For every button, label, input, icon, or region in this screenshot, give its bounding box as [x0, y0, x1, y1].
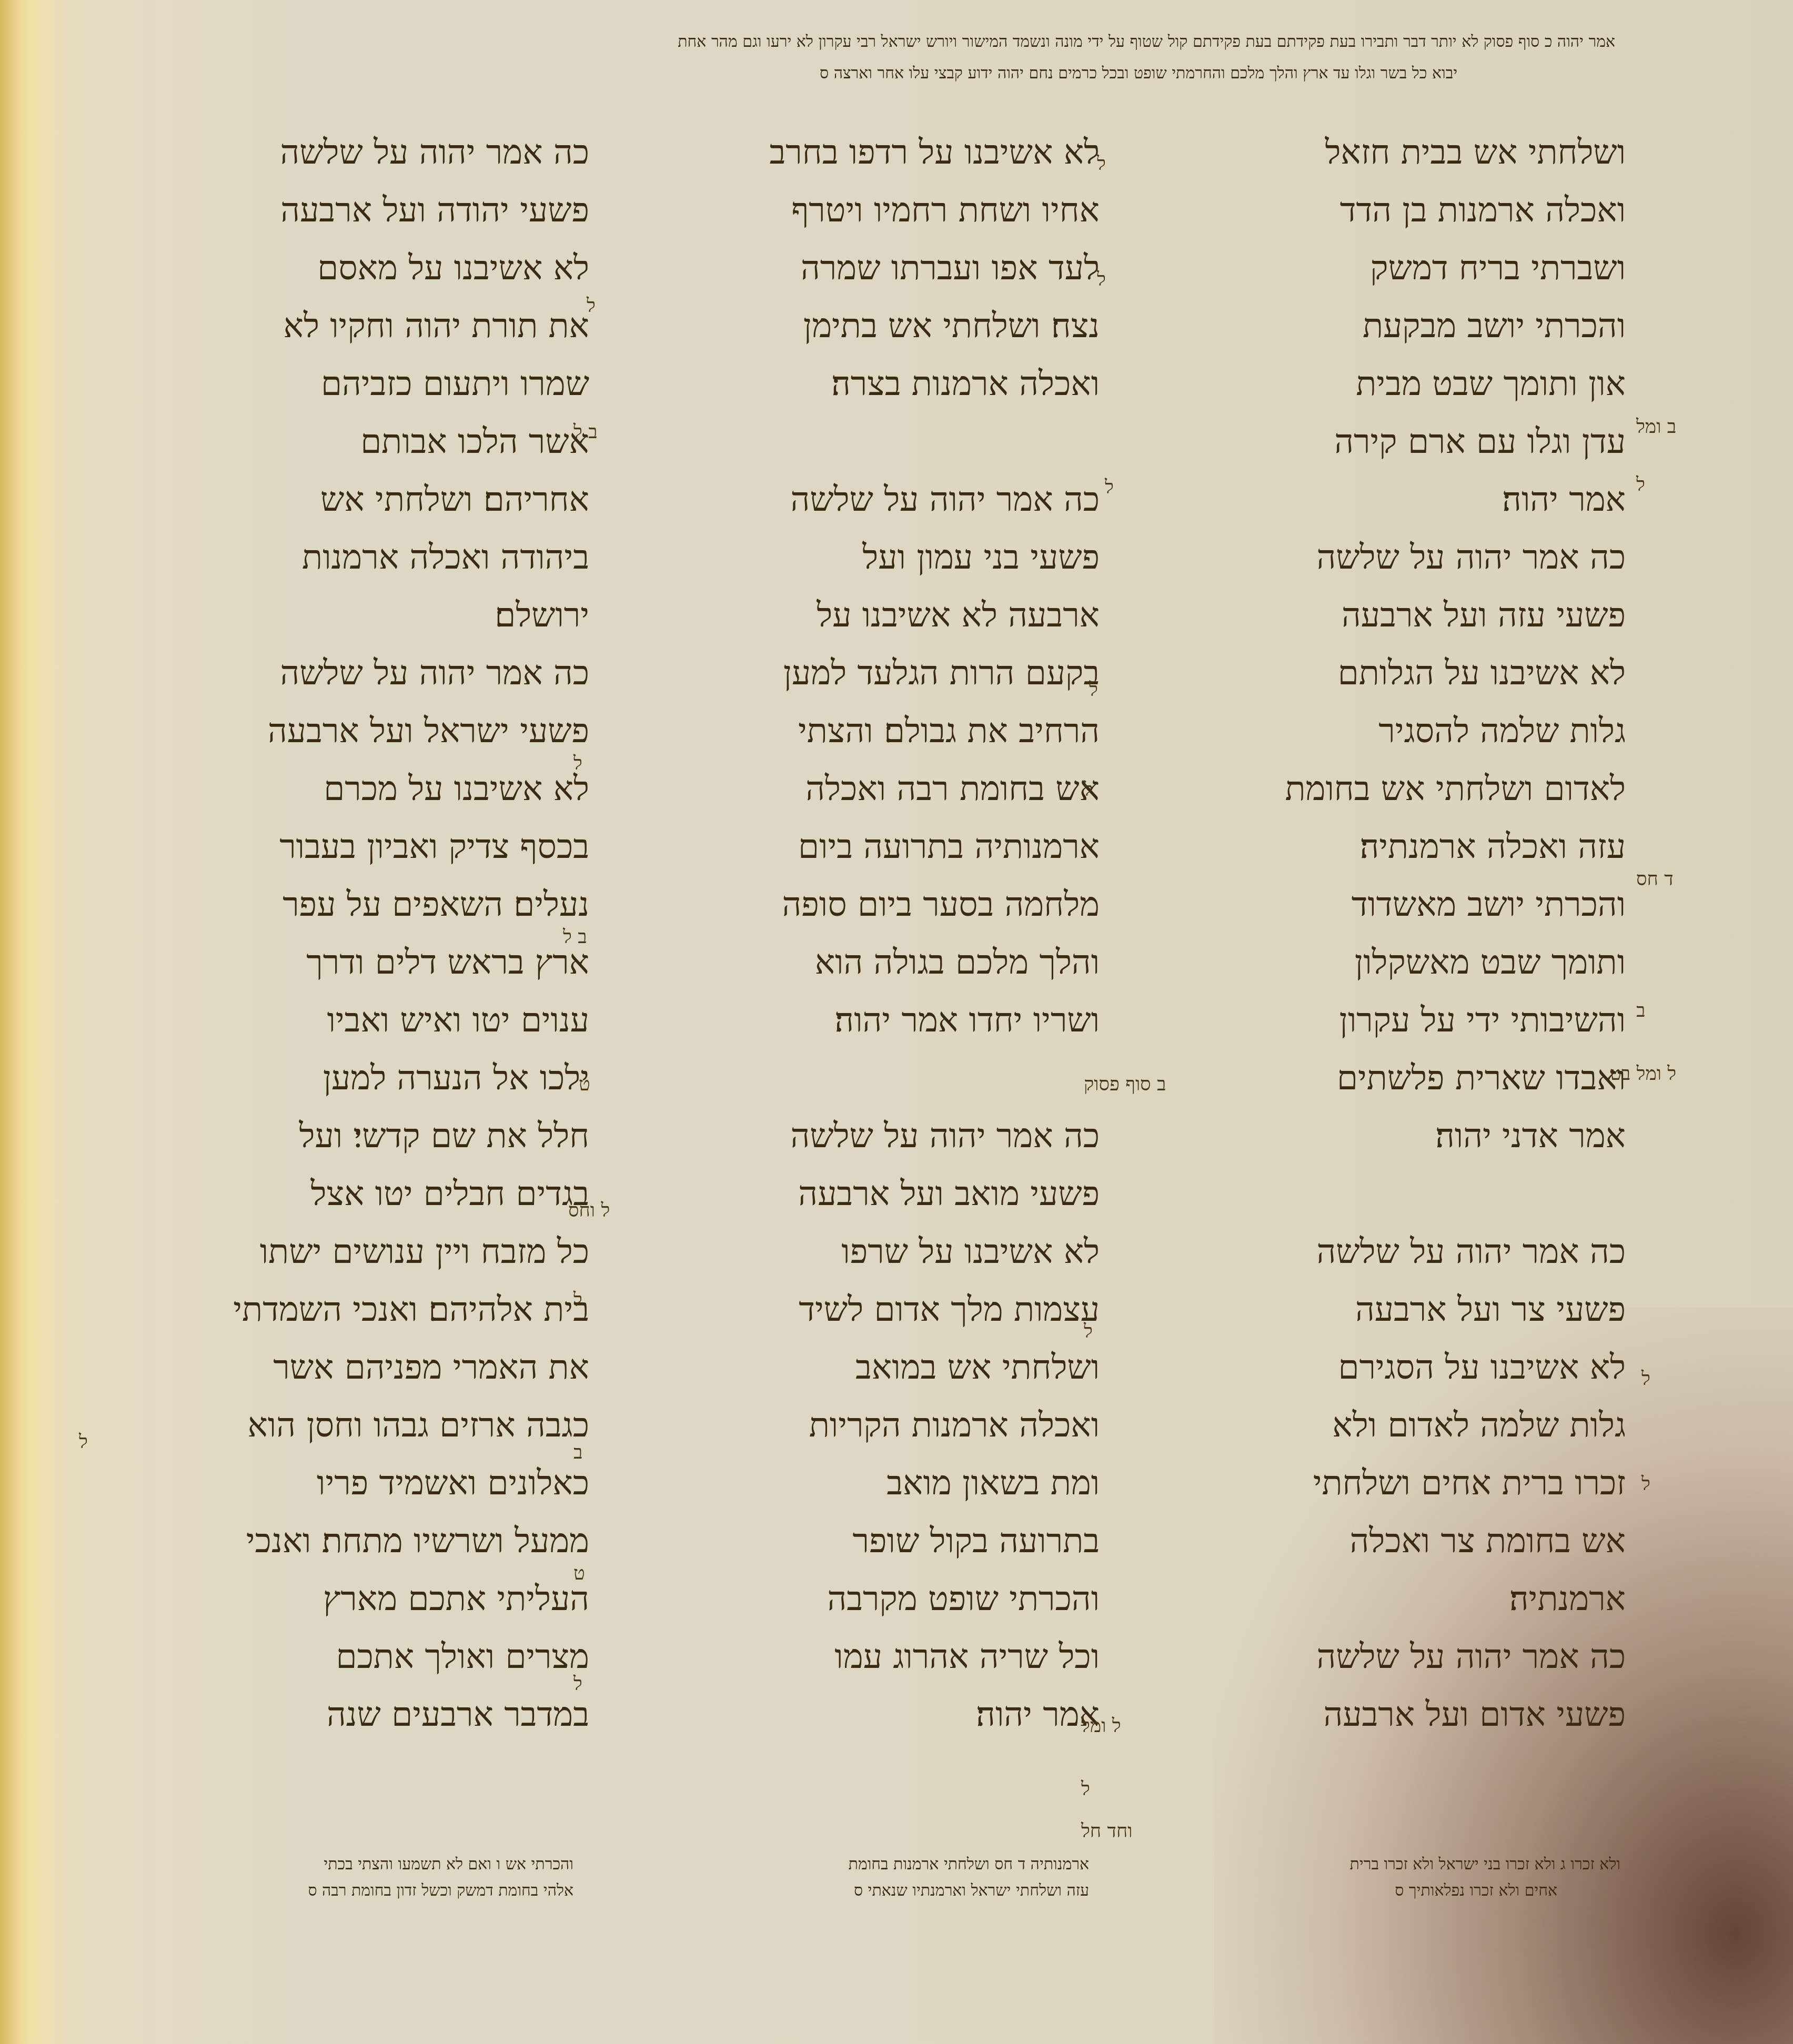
margin-note: ל [1097, 268, 1106, 290]
margin-note: ל ומל [1081, 1715, 1121, 1737]
margin-note: ב ומל [1636, 416, 1676, 438]
text-line: והשיבותי ידי על עקרון [1163, 991, 1626, 1049]
masora-line: ולא זכרו ג ולא זכרו בני ישראל ולא זכרו ב… [1157, 1851, 1620, 1878]
text-line: פשעי אדום ועל ארבעה [1163, 1686, 1626, 1744]
text-line: את האמרי מפניהם אשר [126, 1339, 589, 1397]
text-line: ואכלה ארמנות בן הדד [1163, 181, 1626, 239]
text-line: והכרתי יושב מבקעת [1163, 297, 1626, 355]
text-line: נצח׃ ושלחתי אש בתימן [637, 297, 1100, 355]
text-line: כה אמר יהוה על שלשה [1163, 529, 1626, 586]
text-line: ותומך שבט מאשקלון [1163, 934, 1626, 991]
text-line: פשעי צר ועל ארבעה [1163, 1281, 1626, 1339]
text-line: ארבעה לא אשיבנו על [637, 586, 1100, 644]
text-line [637, 1049, 1100, 1107]
margin-note: ל [573, 1673, 582, 1695]
text-line: אמר אדני יהוה׃ [1163, 1107, 1626, 1165]
text-line: כאלונים ואשמיד פריו [126, 1454, 589, 1512]
text-line: כה אמר יהוה על שלשה [637, 471, 1100, 529]
text-line: לא אשיבנו על הגלותם [1163, 644, 1626, 702]
margin-note: ל [1641, 1473, 1650, 1495]
bottom-masora-left: והכרתי אש ו ואם לא תשמעו והצתי בכתי אלהי… [126, 1851, 573, 1904]
text-line [1163, 1165, 1626, 1223]
text-line: אחיו ושחת רחמיו ויטרף [637, 181, 1100, 239]
page-binding-edge [0, 0, 21, 2044]
text-line: והכרתי יושב מאשדוד [1163, 876, 1626, 934]
text-line: כל מזבח ויין ענושים ישתו [126, 1223, 589, 1281]
margin-note: ל [1081, 1778, 1090, 1800]
text-line: העליתי אתכם מארץ [126, 1570, 589, 1628]
text-line: בכסף צדיק ואביון בעבור [126, 818, 589, 876]
masora-line: אלהי בחומת דמשק וכשל זדון בחומת רבה ס [126, 1878, 573, 1904]
text-line: אחריהם׃ ושלחתי אש [126, 471, 589, 529]
bottom-masora-middle: ארמנותיה ד חס ושלחתי ארמנות בחומת עזה וש… [658, 1851, 1089, 1904]
text-line: מלחמה בסער ביום סופה [637, 876, 1100, 934]
margin-note: ל [1636, 473, 1645, 495]
margin-note: ב סוף פסוק [1084, 1073, 1166, 1095]
text-line: ושלחתי אש במואב [637, 1339, 1100, 1397]
text-line: לא אשיבנו על מכרם [126, 760, 589, 818]
margin-note: ט [579, 1073, 590, 1095]
text-column-right: ושלחתי אש בבית חזאלואכלה ארמנות בן הדדוש… [1163, 124, 1626, 1744]
text-line: הרחיב את גבולם׃ והצתי [637, 702, 1100, 760]
text-line: פשעי מואב ועל ארבעה [637, 1165, 1100, 1223]
text-line: ילכו אל הנערה למען [126, 1049, 589, 1107]
text-line [637, 413, 1100, 471]
masora-line: ארמנותיה ד חס ושלחתי ארמנות בחומת [658, 1851, 1089, 1878]
text-line: ושברתי בריח דמשק [1163, 239, 1626, 297]
text-line: גלות שלמה לאדום ולא [1163, 1397, 1626, 1454]
text-line: ושלחתי אש בבית חזאל [1163, 124, 1626, 181]
margin-note: וחד חל [1081, 1820, 1132, 1842]
text-line: ירושלם׃ [126, 586, 589, 644]
margin-note: ב [573, 1441, 582, 1463]
margin-note: ל [1105, 476, 1114, 498]
margin-note: ל [587, 295, 596, 317]
margin-note: ל ומל בט [1610, 1063, 1676, 1085]
text-line: ושריו יחדו אמר יהוה׃ [637, 991, 1100, 1049]
margin-note: ל [79, 1431, 88, 1453]
masora-line: והכרתי אש ו ואם לא תשמעו והצתי בכתי [126, 1851, 573, 1878]
text-line: כה אמר יהוה על שלשה [1163, 1223, 1626, 1281]
top-masora: אמר יהוה כ סוף פסוק לא יותר דבר ותבירו ב… [153, 26, 1615, 89]
top-masora-line: אמר יהוה כ סוף פסוק לא יותר דבר ותבירו ב… [153, 26, 1615, 58]
text-line: במדבר ארבעים שנה [126, 1686, 589, 1744]
text-line: בגדים חבלים יטו אצל [126, 1165, 589, 1223]
text-line: את תורת יהוה וחקיו לא [126, 297, 589, 355]
text-line: מצרים ואולך אתכם [126, 1628, 589, 1686]
text-line: ביהודה ואכלה ארמנות [126, 529, 589, 586]
margin-note: ל וחס [568, 1199, 610, 1221]
text-line: ארמנתיה׃ [1163, 1570, 1626, 1628]
margin-note: ל [1641, 1368, 1650, 1390]
text-line: פשעי ישראל ועל ארבעה [126, 702, 589, 760]
text-line: כה אמר יהוה על שלשה [1163, 1628, 1626, 1686]
text-line: והלך מלכם בגולה הוא [637, 934, 1100, 991]
margin-note: ל [573, 1289, 582, 1311]
text-column-left: כה אמר יהוה על שלשהפשעי יהודה ועל ארבעהל… [126, 124, 589, 1744]
text-line: אמר יהוה׃ [1163, 471, 1626, 529]
text-line: ואכלה ארמנות הקריות [637, 1397, 1100, 1454]
masora-line: עזה ושלחתי ישראל וארמנתיו שנאתי ס [658, 1878, 1089, 1904]
text-line: נעלים׃ השאפים על עפר [126, 876, 589, 934]
margin-note: ל [1084, 778, 1093, 801]
text-line: זכרו ברית אחים ושלחתי [1163, 1454, 1626, 1512]
text-line: ואבדו שארית פלשתים [1163, 1049, 1626, 1107]
margin-note: ב [1636, 999, 1645, 1021]
text-line: עזה ואכלה ארמנתיה׃ [1163, 818, 1626, 876]
text-line: ומת בשאון מואב [637, 1454, 1100, 1512]
text-line: ארמנותיה בתרועה ביום [637, 818, 1100, 876]
text-line: כה אמר יהוה על שלשה [637, 1107, 1100, 1165]
text-line: און ותומך שבט מבית [1163, 355, 1626, 413]
margin-note: ד חס [1636, 868, 1674, 890]
margin-note: ב ל [563, 926, 587, 948]
margin-note: ל [1084, 1320, 1093, 1342]
text-line: לאדום ושלחתי אש בחומת [1163, 760, 1626, 818]
top-masora-line: יבוא כל בשר וגלו עד ארץ והלך מלכם והחרמת… [153, 58, 1457, 89]
text-line: וכל שריה אהרוג עמו [637, 1628, 1100, 1686]
text-line: חלל את שם קדשי׃ ועל [126, 1107, 589, 1165]
text-line: לא אשיבנו על רדפו בחרב [637, 124, 1100, 181]
text-line: כה אמר יהוה על שלשה [126, 124, 589, 181]
text-line: כה אמר יהוה על שלשה [126, 644, 589, 702]
text-line: לעד אפו ועברתו שמרה [637, 239, 1100, 297]
text-line: אשר הלכו אבותם [126, 413, 589, 471]
text-line: לא אשיבנו על מאסם [126, 239, 589, 297]
text-line: גלות שלמה להסגיר [1163, 702, 1626, 760]
text-line: אמר יהוה׃ [637, 1686, 1100, 1744]
text-line: ארץ בראש דלים ודרך [126, 934, 589, 991]
text-line: עצמות מלך אדום לשיד [637, 1281, 1100, 1339]
text-line: כגבה ארזים גבהו וחסן הוא [126, 1397, 589, 1454]
text-line: אש בחומת רבה ואכלה [637, 760, 1100, 818]
text-line: פשעי עזה ועל ארבעה [1163, 586, 1626, 644]
bottom-masora-right: ולא זכרו ג ולא זכרו בני ישראל ולא זכרו ב… [1157, 1851, 1620, 1904]
text-line: והכרתי שופט מקרבה [637, 1570, 1100, 1628]
text-line: פשעי יהודה ועל ארבעה [126, 181, 589, 239]
margin-note: ב ל [573, 421, 598, 443]
text-column-middle: לא אשיבנו על רדפו בחרבאחיו ושחת רחמיו וי… [637, 124, 1100, 1744]
text-line: שמרו ויתעום כזביהם [126, 355, 589, 413]
margin-note: ט [573, 1562, 585, 1584]
text-line: לא אשיבנו על הסגירם [1163, 1339, 1626, 1397]
text-line: ממעל ושרשיו מתחת׃ ואנכי [126, 1512, 589, 1570]
margin-note: ל [1097, 153, 1106, 175]
margin-note: ל [573, 752, 582, 774]
text-line: אש בחומת צר ואכלה [1163, 1512, 1626, 1570]
margin-note: ל [1089, 679, 1098, 701]
text-line: ענוים יטו ואיש ואביו [126, 991, 589, 1049]
text-line: ואכלה ארמנות בצרה׃ [637, 355, 1100, 413]
text-line: בקעם הרות הגלעד למען [637, 644, 1100, 702]
text-line: בית אלהיהם׃ ואנכי השמדתי [126, 1281, 589, 1339]
text-line: עדן וגלו עם ארם קירה [1163, 413, 1626, 471]
text-line: פשעי בני עמון ועל [637, 529, 1100, 586]
text-line: לא אשיבנו על שרפו [637, 1223, 1100, 1281]
masora-line: אחים ולא זכרו נפלאותיך ס [1157, 1878, 1557, 1904]
text-line: בתרועה בקול שופר [637, 1512, 1100, 1570]
